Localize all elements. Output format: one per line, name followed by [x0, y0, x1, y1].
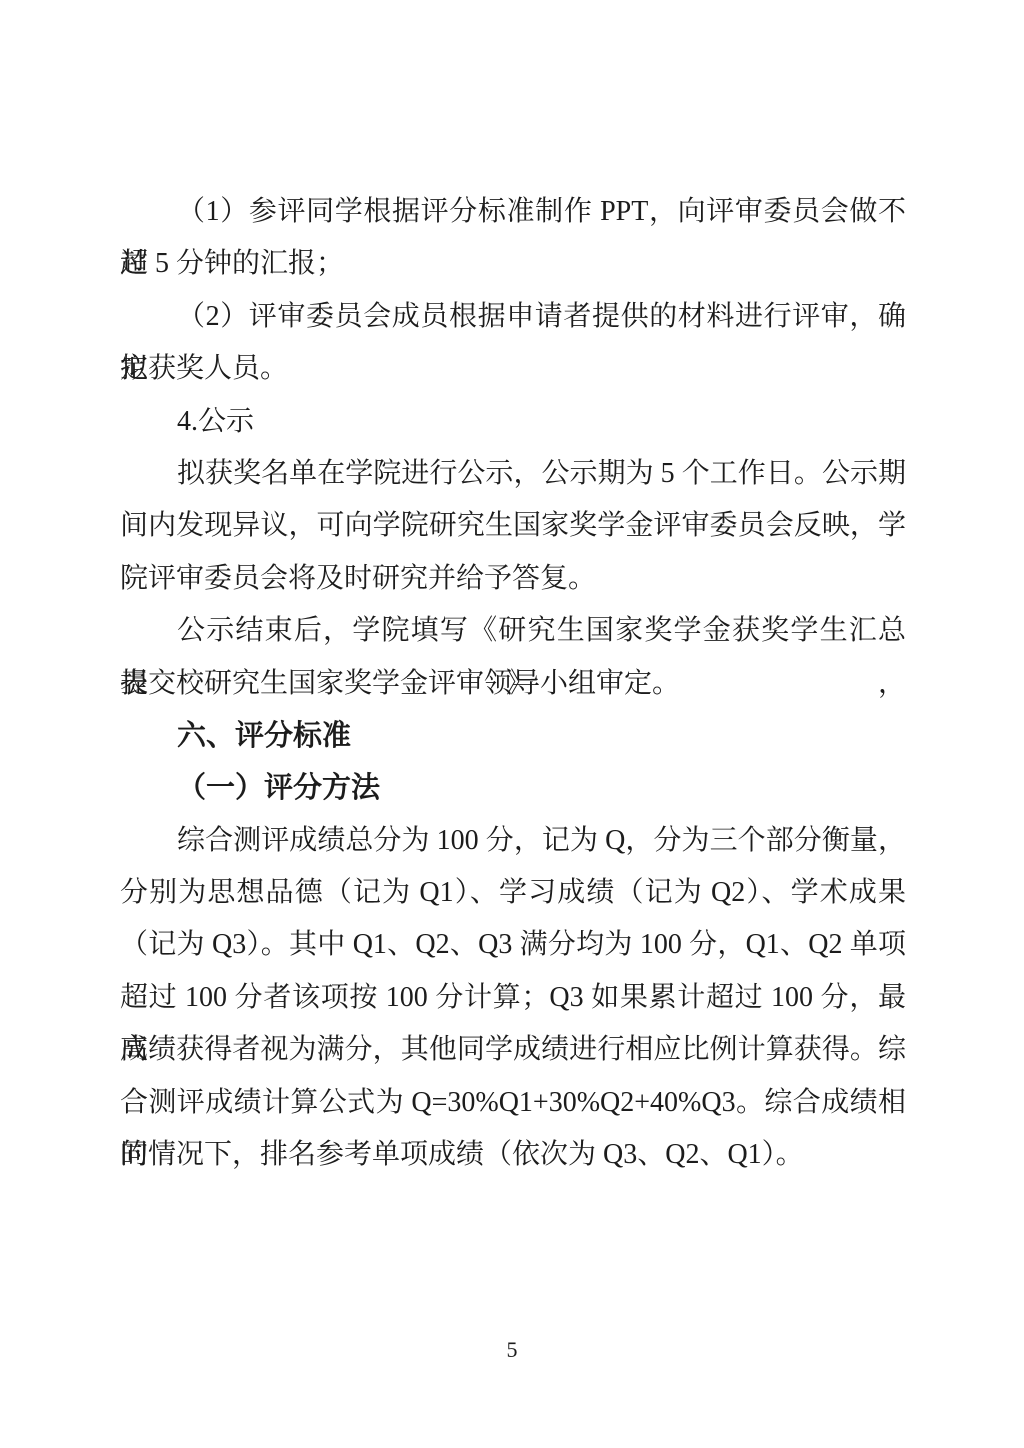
- document-body: （1）参评同学根据评分标准制作 PPT，向评审委员会做不超 过 5 分钟的汇报；…: [120, 186, 906, 1181]
- paragraph-line: 院评审委员会将及时研究并给予答复。: [120, 553, 906, 605]
- list-item-heading: 4.公示: [120, 396, 906, 448]
- paragraph-line: 拟获奖人员。: [120, 343, 906, 395]
- paragraph-line: 公示结束后，学院填写《研究生国家奖学金获奖学生汇总表》，: [120, 605, 906, 657]
- paragraph-line: 综合测评成绩总分为 100 分，记为 Q，分为三个部分衡量，: [120, 815, 906, 867]
- paragraph-line: 拟获奖名单在学院进行公示，公示期为 5 个工作日。公示期: [120, 448, 906, 500]
- paragraph-line: 分别为思想品德（记为 Q1）、学习成绩（记为 Q2）、学术成果: [120, 867, 906, 919]
- paragraph-line: （记为 Q3）。其中 Q1、Q2、Q3 满分均为 100 分，Q1、Q2 单项: [120, 919, 906, 971]
- section-heading: 六、评分标准: [120, 710, 906, 762]
- paragraph-line: 间内发现异议，可向学院研究生国家奖学金评审委员会反映，学: [120, 500, 906, 552]
- subsection-heading: （一）评分方法: [120, 762, 906, 814]
- paragraph-line: （1）参评同学根据评分标准制作 PPT，向评审委员会做不超: [120, 186, 906, 238]
- page-number: 5: [0, 1336, 1024, 1364]
- paragraph-line: 的情况下，排名参考单项成绩（依次为 Q3、Q2、Q1）。: [120, 1129, 906, 1181]
- paragraph-line: （2）评审委员会成员根据申请者提供的材料进行评审，确定: [120, 291, 906, 343]
- paragraph-line: 超过 100 分者该项按 100 分计算；Q3 如果累计超过 100 分，最高: [120, 972, 906, 1024]
- paragraph-line: 过 5 分钟的汇报；: [120, 238, 906, 290]
- paragraph-line: 合测评成绩计算公式为 Q=30%Q1+30%Q2+40%Q3。综合成绩相同: [120, 1077, 906, 1129]
- document-page: （1）参评同学根据评分标准制作 PPT，向评审委员会做不超 过 5 分钟的汇报；…: [0, 0, 1024, 1448]
- paragraph-line: 成绩获得者视为满分，其他同学成绩进行相应比例计算获得。综: [120, 1024, 906, 1076]
